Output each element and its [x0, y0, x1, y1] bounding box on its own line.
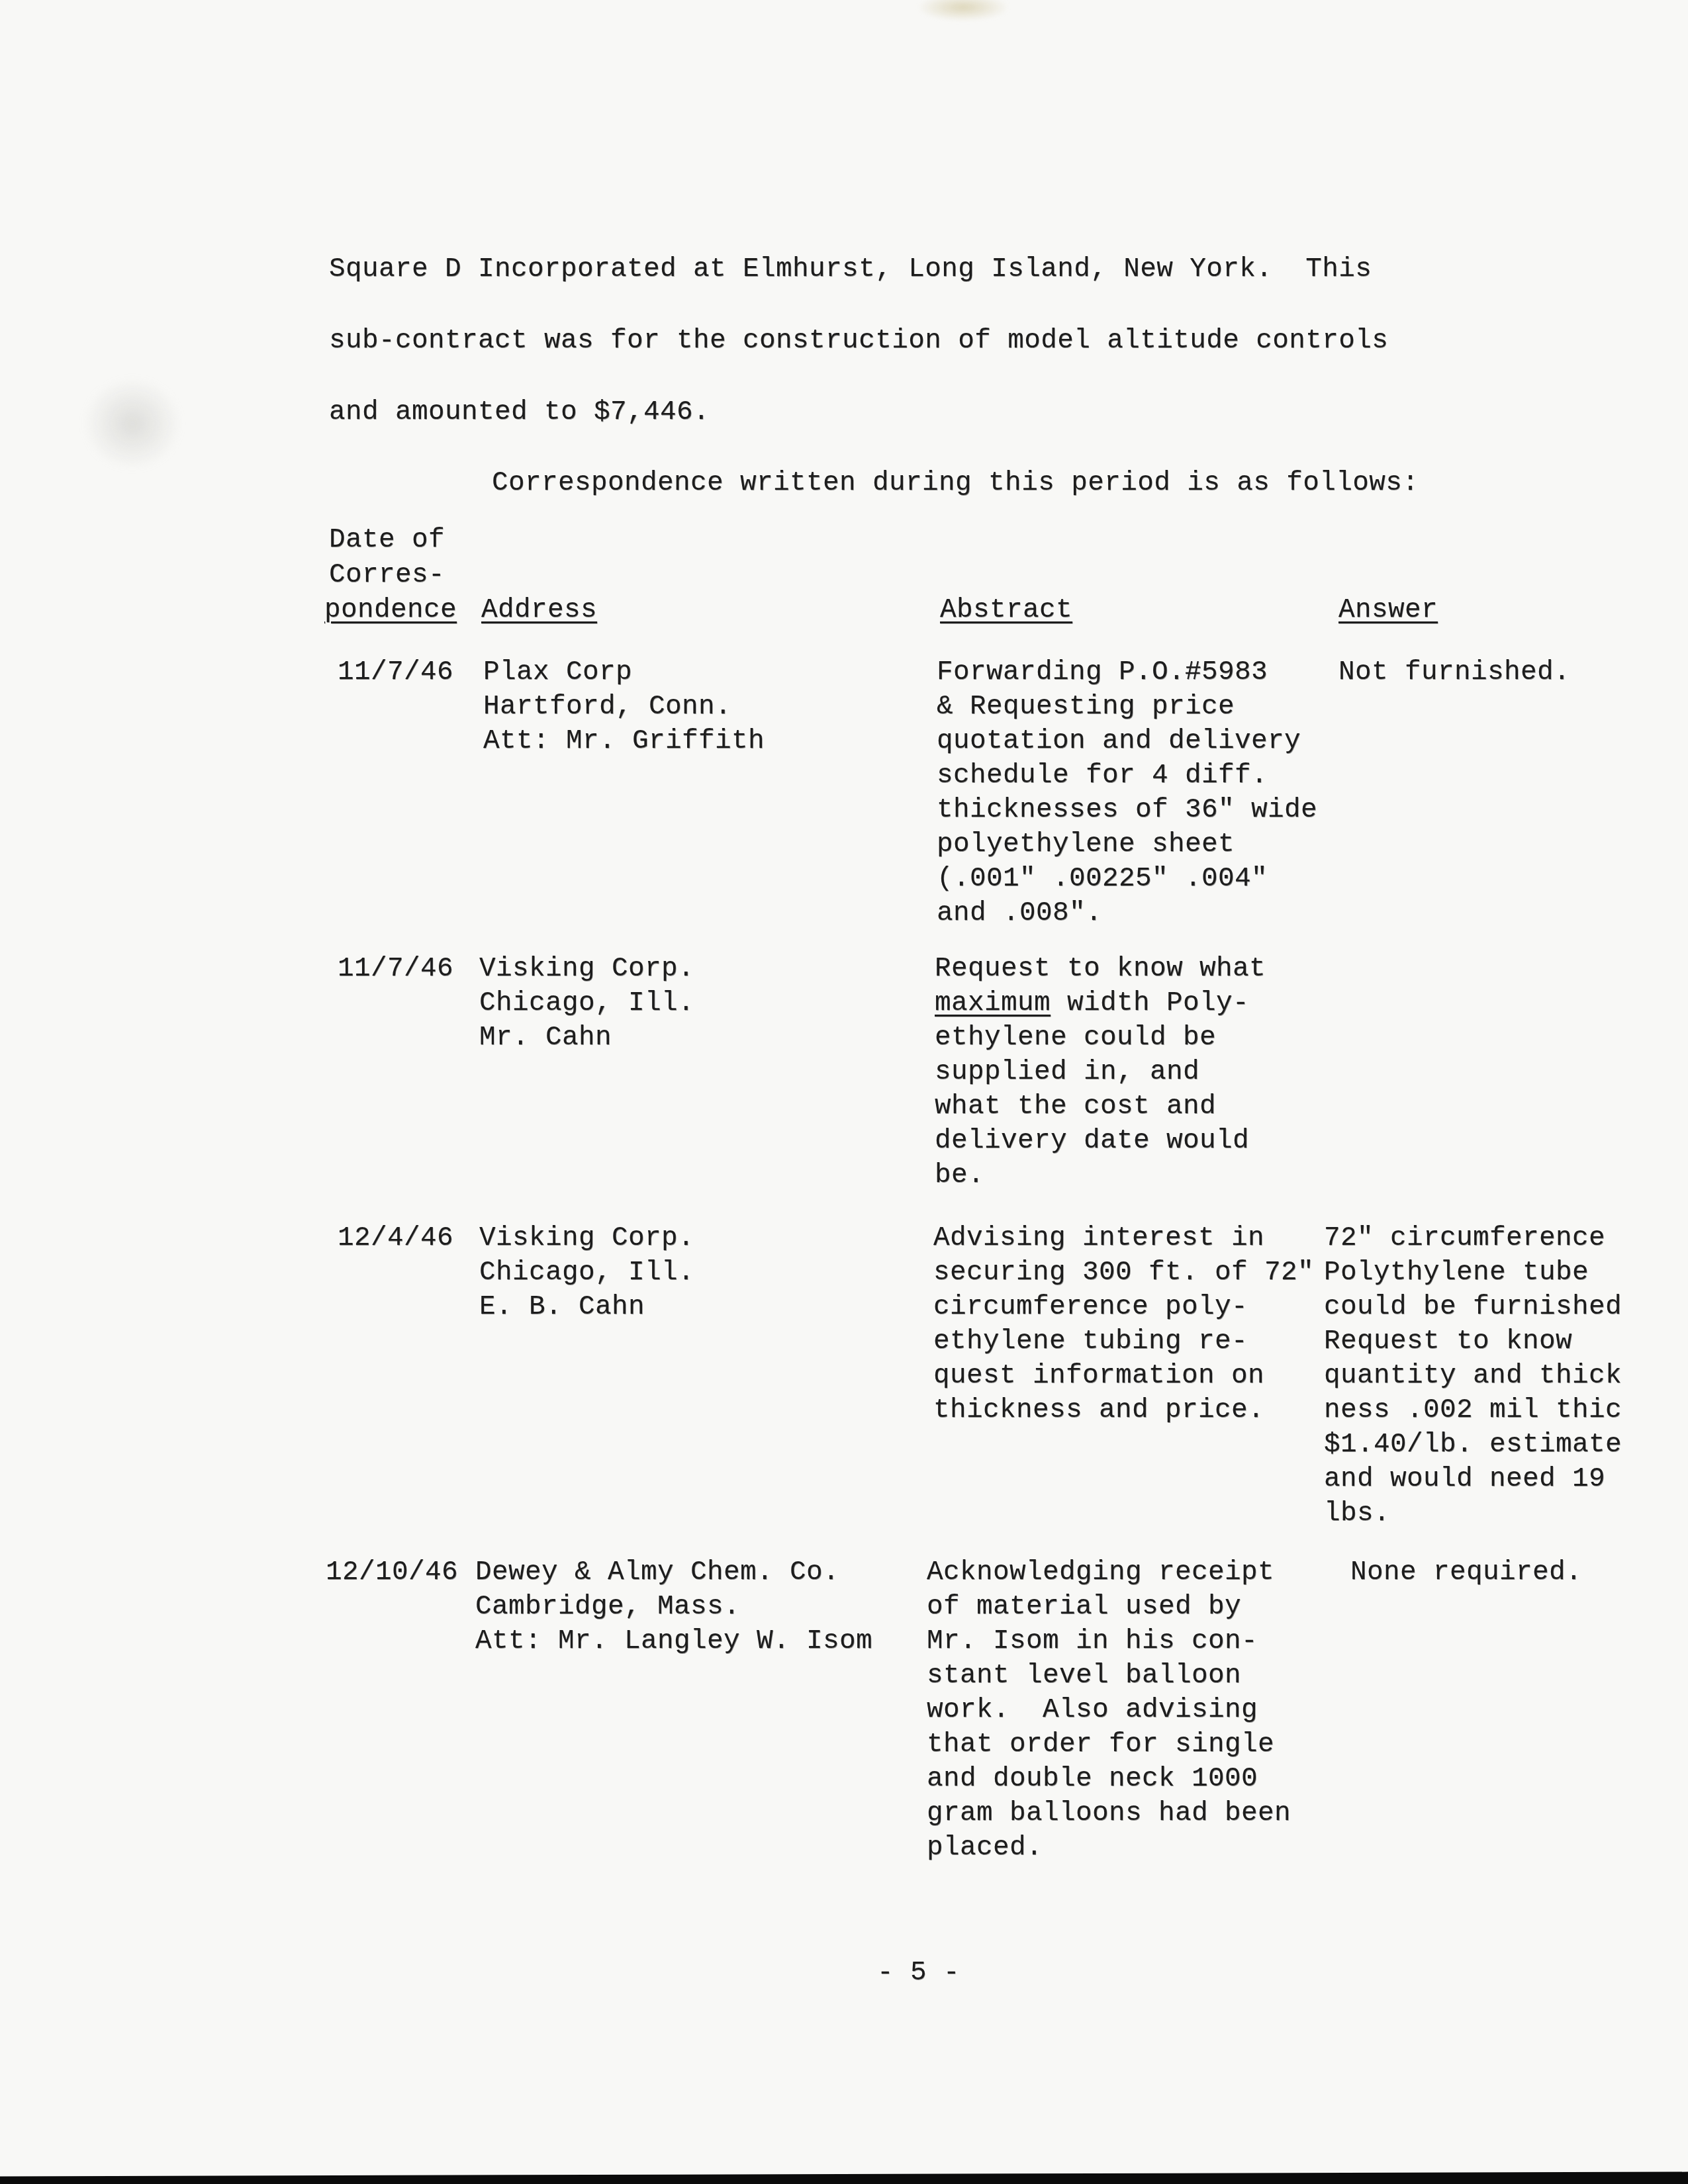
header-abstract: Abstract — [940, 593, 1072, 627]
opening-paragraph: Square D Incorporated at Elmhurst, Long … — [329, 234, 1388, 448]
document-page: Square D Incorporated at Elmhurst, Long … — [0, 0, 1688, 2184]
row-1-date: 11/7/46 — [338, 655, 453, 690]
row-3-address: Visking Corp. Chicago, Ill. E. B. Cahn — [479, 1221, 694, 1324]
row-1-answer: Not furnished. — [1338, 655, 1570, 690]
header-answer: Answer — [1338, 593, 1438, 627]
intro-line: Correspondence written during this perio… — [492, 466, 1419, 500]
row-3-date: 12/4/46 — [338, 1221, 453, 1255]
row-1-address: Plax Corp Hartford, Conn. Att: Mr. Griff… — [483, 655, 765, 758]
row-2-abstract: Request to know what maximum width Poly-… — [935, 952, 1266, 1193]
header-date-line1: Date of — [329, 523, 445, 557]
row-4-address: Dewey & Almy Chem. Co. Cambridge, Mass. … — [475, 1555, 872, 1659]
row-4-answer: None required. — [1350, 1555, 1582, 1590]
row-2-address: Visking Corp. Chicago, Ill. Mr. Cahn — [479, 952, 694, 1055]
scan-edge-bar-bottom — [0, 2171, 1688, 2184]
row-2-date: 11/7/46 — [338, 952, 453, 986]
header-address: Address — [481, 593, 597, 627]
row-3-abstract: Advising interest in securing 300 ft. of… — [933, 1221, 1314, 1428]
row-4-abstract: Acknowledging receipt of material used b… — [927, 1555, 1291, 1865]
scan-smudge-top — [917, 0, 1009, 21]
page-number: - 5 - — [877, 1956, 960, 1990]
header-date-line2: Corres- — [329, 558, 445, 592]
row-1-abstract: Forwarding P.O.#5983 & Requesting price … — [937, 655, 1317, 931]
header-date-line3: pondence — [324, 593, 457, 627]
row-4-date: 12/10/46 — [326, 1555, 458, 1590]
scan-blotch-left — [83, 377, 182, 470]
row-3-answer: 72" circumference Polythylene tube could… — [1324, 1221, 1622, 1531]
